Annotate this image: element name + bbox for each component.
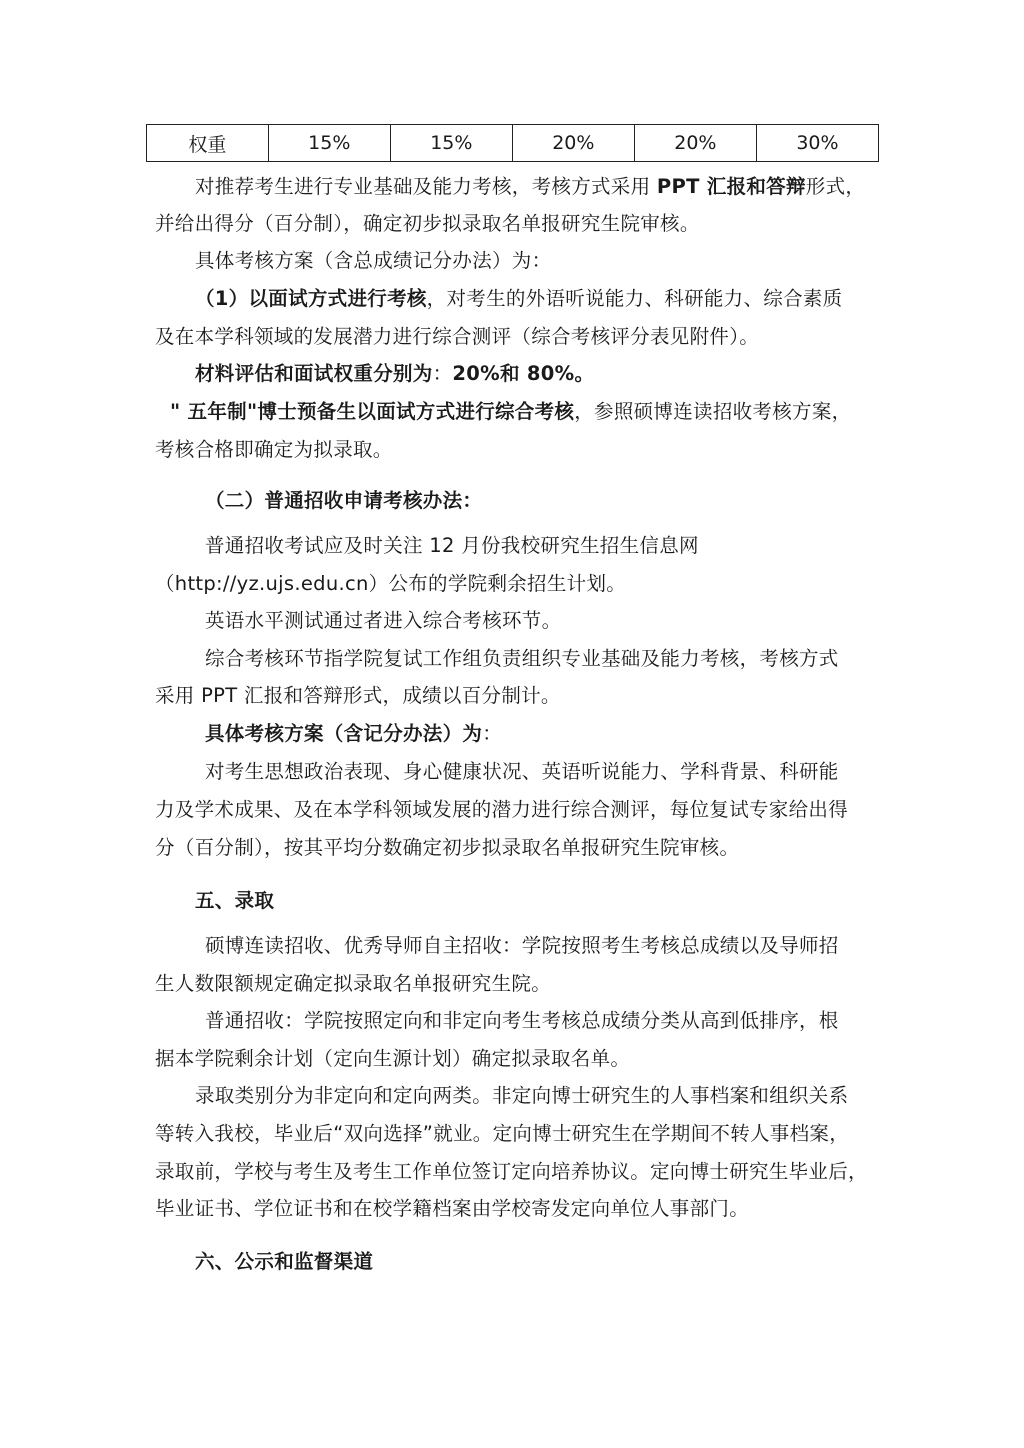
weight-cell: 15% [268, 125, 390, 162]
paragraph-line: （1）以面试方式进行考核，对考生的外语听说能力、科研能力、综合素质 [195, 280, 842, 318]
table-row: 权重 15% 15% 20% 20% 30% [147, 125, 879, 162]
paragraph-line: 等转入我校，毕业后“双向选择”就业。定向博士研究生在学期间不转人事档案， [155, 1115, 849, 1153]
bold-text: 材料评估和面试权重分别为 [195, 362, 433, 385]
paragraph-line: 采用 PPT 汇报和答辩形式，成绩以百分制计。 [155, 677, 561, 715]
paragraph-line: 普通招收：学院按照定向和非定向考生考核总成绩分类从高到低排序，根 [205, 1002, 839, 1040]
paragraph-line: 具体考核方案（含记分办法）为： [205, 715, 502, 753]
weights-table: 权重 15% 15% 20% 20% 30% [146, 124, 879, 162]
weight-cell: 15% [390, 125, 512, 162]
bold-text: 20%和 80%。 [452, 362, 594, 385]
paragraph-line: 分（百分制），按其平均分数确定初步拟录取名单报研究生院审核。 [155, 829, 739, 867]
text: 对推荐考生进行专业基础及能力考核，考核方式采用 [195, 175, 657, 198]
weights-label-cell: 权重 [147, 125, 269, 162]
text: 形式， [806, 175, 865, 198]
paragraph-line: 对考生思想政治表现、身心健康状况、英语听说能力、学科背景、科研能 [205, 753, 839, 791]
text: ，参照硕博连读招收考核方案， [574, 400, 851, 423]
bold-text: （1）以面试方式进行考核 [195, 287, 427, 310]
bold-text: PPT 汇报和答辩 [657, 175, 806, 198]
paragraph-line: 硕博连读招收、优秀导师自主招收：学院按照考生考核总成绩以及导师招 [205, 927, 839, 965]
paragraph-line: 并给出得分（百分制），确定初步拟录取名单报研究生院审核。 [155, 205, 700, 243]
paragraph-line: 毕业证书、学位证书和在校学籍档案由学校寄发定向单位人事部门。 [155, 1190, 749, 1228]
paragraph-line: " 五年制"博士预备生以面试方式进行综合考核，参照硕博连读招收考核方案， [170, 393, 851, 431]
section-heading: （二）普通招收申请考核办法： [205, 482, 482, 520]
paragraph-line: 考核合格即确定为拟录取。 [155, 431, 393, 469]
section-heading: 五、录取 [195, 882, 274, 920]
paragraph-line: 力及学术成果、及在本学科领域发展的潜力进行综合测评，每位复试专家给出得 [155, 791, 848, 829]
document-page: 权重 15% 15% 20% 20% 30% 对推荐考生进行专业基础及能力考核，… [0, 0, 1024, 1448]
paragraph-line: 及在本学科领域的发展潜力进行综合测评（综合考核评分表见附件）。 [155, 318, 759, 356]
text: ： [482, 722, 502, 745]
bold-text: 具体考核方案（含记分办法）为 [205, 722, 482, 745]
paragraph-line: 据本学院剩余计划（定向生源计划）确定拟录取名单。 [155, 1040, 630, 1078]
paragraph-line: 综合考核环节指学院复试工作组负责组织专业基础及能力考核，考核方式 [205, 640, 839, 678]
paragraph-line: 录取前，学校与考生及考生工作单位签订定向培养协议。定向博士研究生毕业后， [155, 1153, 868, 1191]
paragraph-line: 录取类别分为非定向和定向两类。非定向博士研究生的人事档案和组织关系 [195, 1077, 848, 1115]
paragraph-line: 生人数限额规定确定拟录取名单报研究生院。 [155, 965, 551, 1003]
paragraph-line: 普通招收考试应及时关注 12 月份我校研究生招生信息网 [205, 527, 699, 565]
text: ，对考生的外语听说能力、科研能力、综合素质 [427, 287, 843, 310]
bold-text: " 五年制"博士预备生以面试方式进行综合考核 [170, 400, 574, 423]
paragraph-line: （http://yz.ujs.edu.cn）公布的学院剩余招生计划。 [155, 565, 626, 603]
section-heading: 六、公示和监督渠道 [195, 1243, 373, 1281]
paragraph-line: 对推荐考生进行专业基础及能力考核，考核方式采用 PPT 汇报和答辩形式， [195, 168, 865, 206]
paragraph-line: 材料评估和面试权重分别为：20%和 80%。 [195, 355, 594, 393]
paragraph-line: 英语水平测试通过者进入综合考核环节。 [205, 602, 561, 640]
weight-cell: 20% [512, 125, 634, 162]
weight-cell: 20% [634, 125, 756, 162]
text: ： [433, 362, 453, 385]
weight-cell: 30% [756, 125, 878, 162]
paragraph-line: 具体考核方案（含总成绩记分办法）为： [195, 242, 551, 280]
